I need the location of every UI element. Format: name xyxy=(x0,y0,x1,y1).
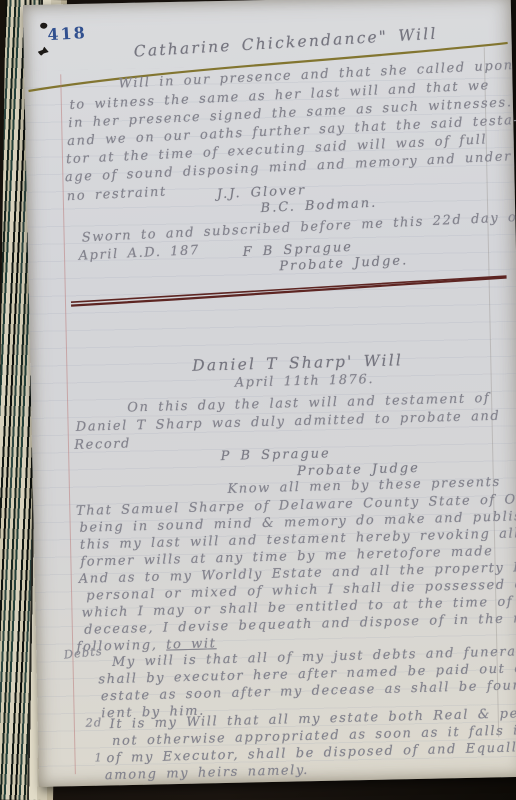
section-daniel-sharp-will: Daniel T Sharp' Will April 11th 1876. On… xyxy=(23,0,516,787)
towit-term: to wit xyxy=(166,636,217,652)
judge-signature: P B Sprague xyxy=(220,446,331,464)
margin-note-second: 2d xyxy=(85,715,102,729)
entry-date: April 11th 1876. xyxy=(235,372,375,391)
margin-note-debts: Debts xyxy=(63,644,103,662)
manuscript-line: Record xyxy=(74,436,131,452)
ledger-page: 418 Catharine Chickendance" Will Will in… xyxy=(23,0,516,787)
manuscript-line: among my heirs namely. xyxy=(105,763,309,783)
photograph-background: 418 Catharine Chickendance" Will Will in… xyxy=(0,0,516,800)
margin-note-one: 1 xyxy=(94,750,103,764)
